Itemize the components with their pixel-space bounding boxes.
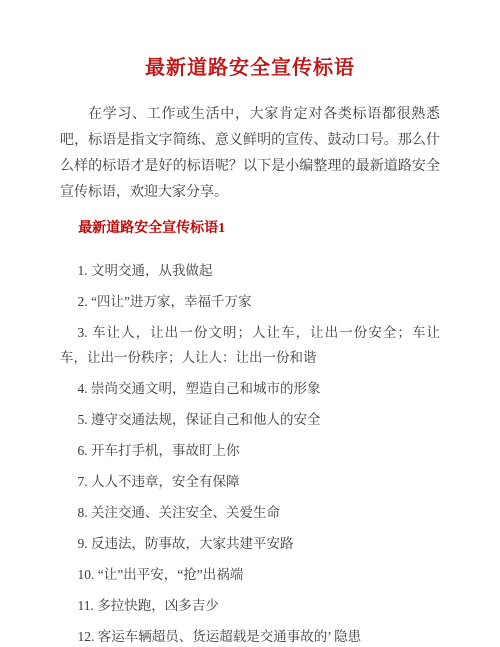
slogan-item-12: 12. 客运车辆超员、货运超载是交通事故的’ 隐患 (60, 624, 440, 647)
slogan-item-7: 7. 人人不违章，安全有保障 (60, 469, 440, 494)
document-content: 最新道路安全宣传标语 在学习、工作或生活中，大家肯定对各类标语都很熟悉吧，标语是… (0, 0, 500, 647)
slogan-item-11: 11. 多拉快跑，凶多吉少 (60, 593, 440, 618)
document-page: 最新道路安全宣传标语 在学习、工作或生活中，大家肯定对各类标语都很熟悉吧，标语是… (0, 0, 500, 647)
slogan-item-1: 1. 文明交通，从我做起 (60, 258, 440, 283)
slogan-item-2: 2. “四让”进万家，幸福千万家 (60, 289, 440, 314)
slogan-item-5: 5. 遵守交通法规，保证自己和他人的安全 (60, 407, 440, 432)
slogan-item-10: 10. “让”出平安，“抢”出祸端 (60, 562, 440, 587)
section-heading: 最新道路安全宣传标语1 (60, 218, 440, 240)
slogan-item-3: 3. 车让人，让出一份文明；人让车，让出一份安全；车让车，让出一份秩序；人让人：… (60, 320, 440, 370)
slogan-item-4: 4. 崇尚交通文明，塑造自己和城市的形象 (60, 376, 440, 401)
intro-paragraph: 在学习、工作或生活中，大家肯定对各类标语都很熟悉吧，标语是指文字简练、意义鲜明的… (60, 102, 440, 206)
slogan-list: 1. 文明交通，从我做起2. “四让”进万家，幸福千万家3. 车让人，让出一份文… (60, 258, 440, 647)
slogan-item-8: 8. 关注交通、关注安全、关爱生命 (60, 500, 440, 525)
slogan-item-9: 9. 反违法，防事故，大家共建平安路 (60, 531, 440, 556)
slogan-item-6: 6. 开车打手机，事故盯上你 (60, 438, 440, 463)
document-title: 最新道路安全宣传标语 (60, 54, 440, 82)
